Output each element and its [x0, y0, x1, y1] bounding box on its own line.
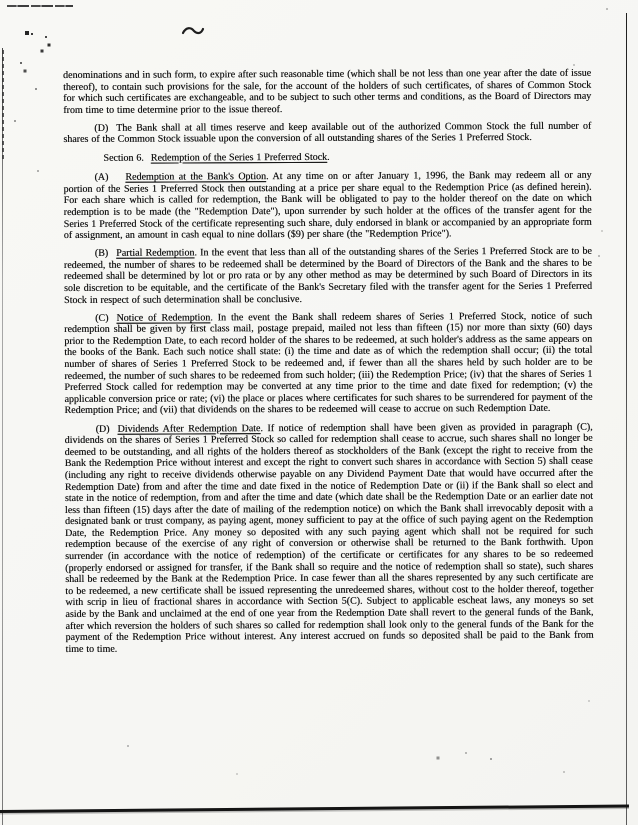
paragraph-heading: Notice of Redemption — [116, 312, 210, 323]
section6-title: Redemption of the Series 1 Preferred Sto… — [151, 151, 327, 163]
paragraph-heading: Dividends After Redemption Date — [117, 423, 260, 435]
paragraph-label: (B) — [95, 248, 108, 259]
scan-left-edge-line — [2, 48, 3, 825]
document-page: denominations and in such form, to expir… — [0, 0, 638, 825]
section6-paragraph-a: (A)Redemption at the Bank's Option. At a… — [63, 170, 591, 242]
section6-heading: Section 6.Redemption of the Series 1 Pre… — [63, 150, 591, 164]
section6-title-punctuation: . — [327, 151, 330, 162]
paragraph-label: (D) — [94, 123, 108, 134]
document-content: denominations and in such form, to expir… — [63, 68, 594, 662]
paragraph-label: (D) — [96, 423, 110, 434]
paragraph-continuation: denominations and in such form, to expir… — [63, 68, 591, 117]
paragraph-section5-d: (D)The Bank shall at all times reserve a… — [63, 121, 591, 146]
paragraph-heading: Partial Redemption — [116, 248, 194, 259]
paragraph-body: . In the event the Bank shall redeem sha… — [64, 310, 592, 416]
paragraph-body: The Bank shall at all times reserve and … — [63, 121, 591, 146]
scan-right-edge-line — [626, 13, 628, 825]
scan-top-dash-line — [7, 5, 73, 7]
scan-squiggle-mark — [181, 24, 205, 42]
section6-paragraph-c: (C)Notice of Redemption. In the event th… — [64, 310, 592, 417]
paragraph-body: . If notice of redemption shall have bee… — [65, 421, 594, 655]
scan-specks — [0, 0, 2, 2]
section6-label: Section 6. — [103, 152, 143, 163]
section6-paragraph-d: (D)Dividends After Redemption Date. If n… — [65, 421, 594, 655]
scan-left-edge-dashes — [2, 50, 5, 160]
paragraph-heading: Redemption at the Bank's Option — [125, 171, 266, 183]
paragraph-label: (A) — [94, 172, 108, 183]
paragraph-label: (C) — [95, 312, 108, 323]
section6-paragraph-b: (B)Partial Redemption. In the event that… — [64, 246, 592, 306]
paragraph-continuation-text: denominations and in such form, to expir… — [63, 68, 591, 116]
scan-bottom-rule — [0, 805, 629, 814]
